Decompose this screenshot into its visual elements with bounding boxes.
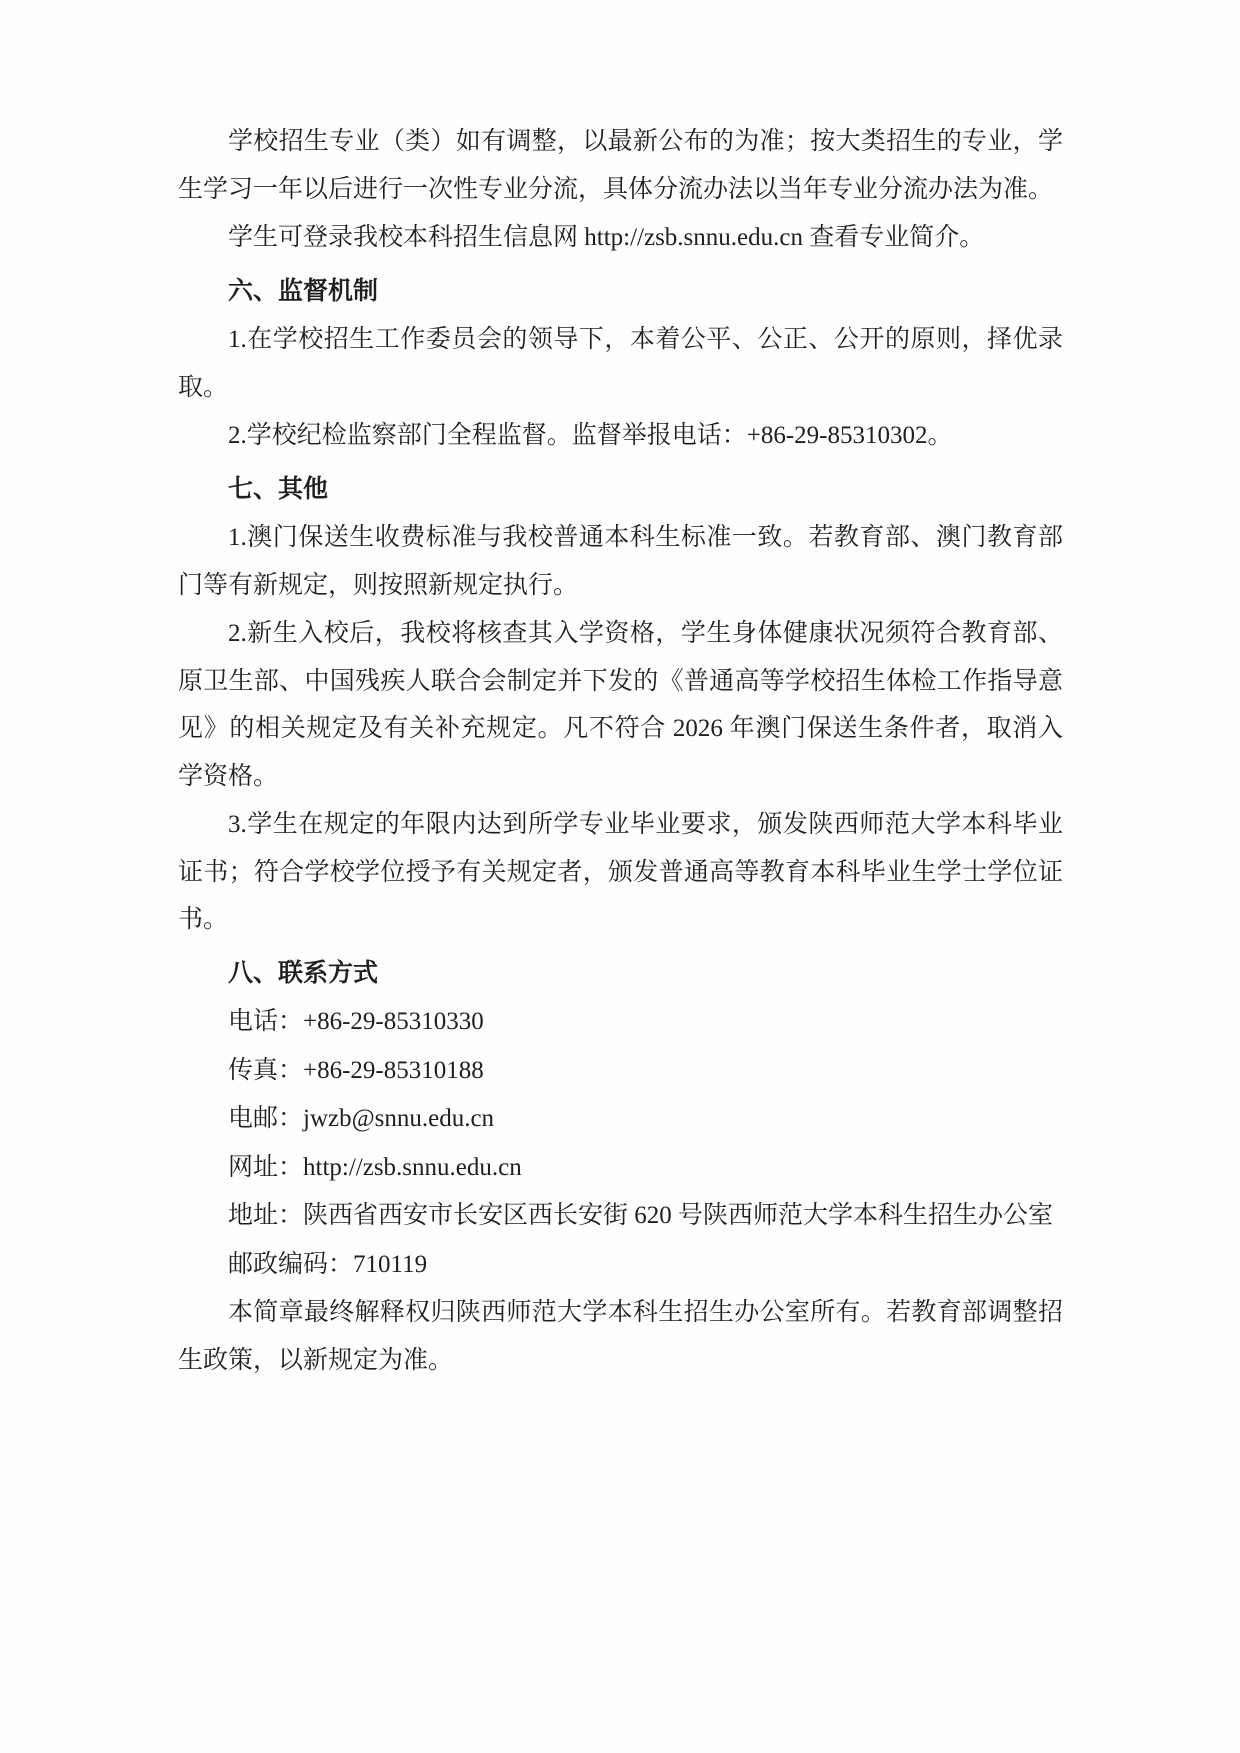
body-paragraph: 2.新生入校后，我校将核查其入学资格，学生身体健康状况须符合教育部、原卫生部、中… [178,610,1063,800]
document-body: 学校招生专业（类）如有调整，以最新公布的为准；按大类招生的专业，学生学习一年以后… [178,118,1063,1384]
body-paragraph: 学校招生专业（类）如有调整，以最新公布的为准；按大类招生的专业，学生学习一年以后… [178,118,1063,213]
contact-line: 邮政编码：710119 [178,1241,1063,1289]
body-paragraph: 3.学生在规定的年限内达到所学专业毕业要求，颁发陕西师范大学本科毕业证书；符合学… [178,801,1063,944]
document-page: 学校招生专业（类）如有调整，以最新公布的为准；按大类招生的专业，学生学习一年以后… [0,0,1240,1753]
contact-line: 电邮：jwzb@snnu.edu.cn [178,1095,1063,1143]
contact-line: 地址：陕西省西安市长安区西长安街 620 号陕西师范大学本科生招生办公室 [178,1192,1063,1240]
body-paragraph: 本简章最终解释权归陕西师范大学本科生招生办公室所有。若教育部调整招生政策，以新规… [178,1289,1063,1384]
contact-line: 电话：+86-29-85310330 [178,998,1063,1046]
body-paragraph: 2.学校纪检监察部门全程监督。监督举报电话：+86-29-85310302。 [178,412,1063,460]
section-heading: 七、其他 [178,466,1063,514]
section-heading: 六、监督机制 [178,268,1063,316]
body-paragraph: 1.澳门保送生收费标准与我校普通本科生标准一致。若教育部、澳门教育部门等有新规定… [178,514,1063,609]
body-paragraph: 学生可登录我校本科招生信息网 http://zsb.snnu.edu.cn 查看… [178,214,1063,262]
contact-line: 传真：+86-29-85310188 [178,1047,1063,1095]
body-paragraph: 1.在学校招生工作委员会的领导下，本着公平、公正、公开的原则，择优录取。 [178,316,1063,411]
section-heading: 八、联系方式 [178,950,1063,998]
contact-line: 网址：http://zsb.snnu.edu.cn [178,1144,1063,1192]
